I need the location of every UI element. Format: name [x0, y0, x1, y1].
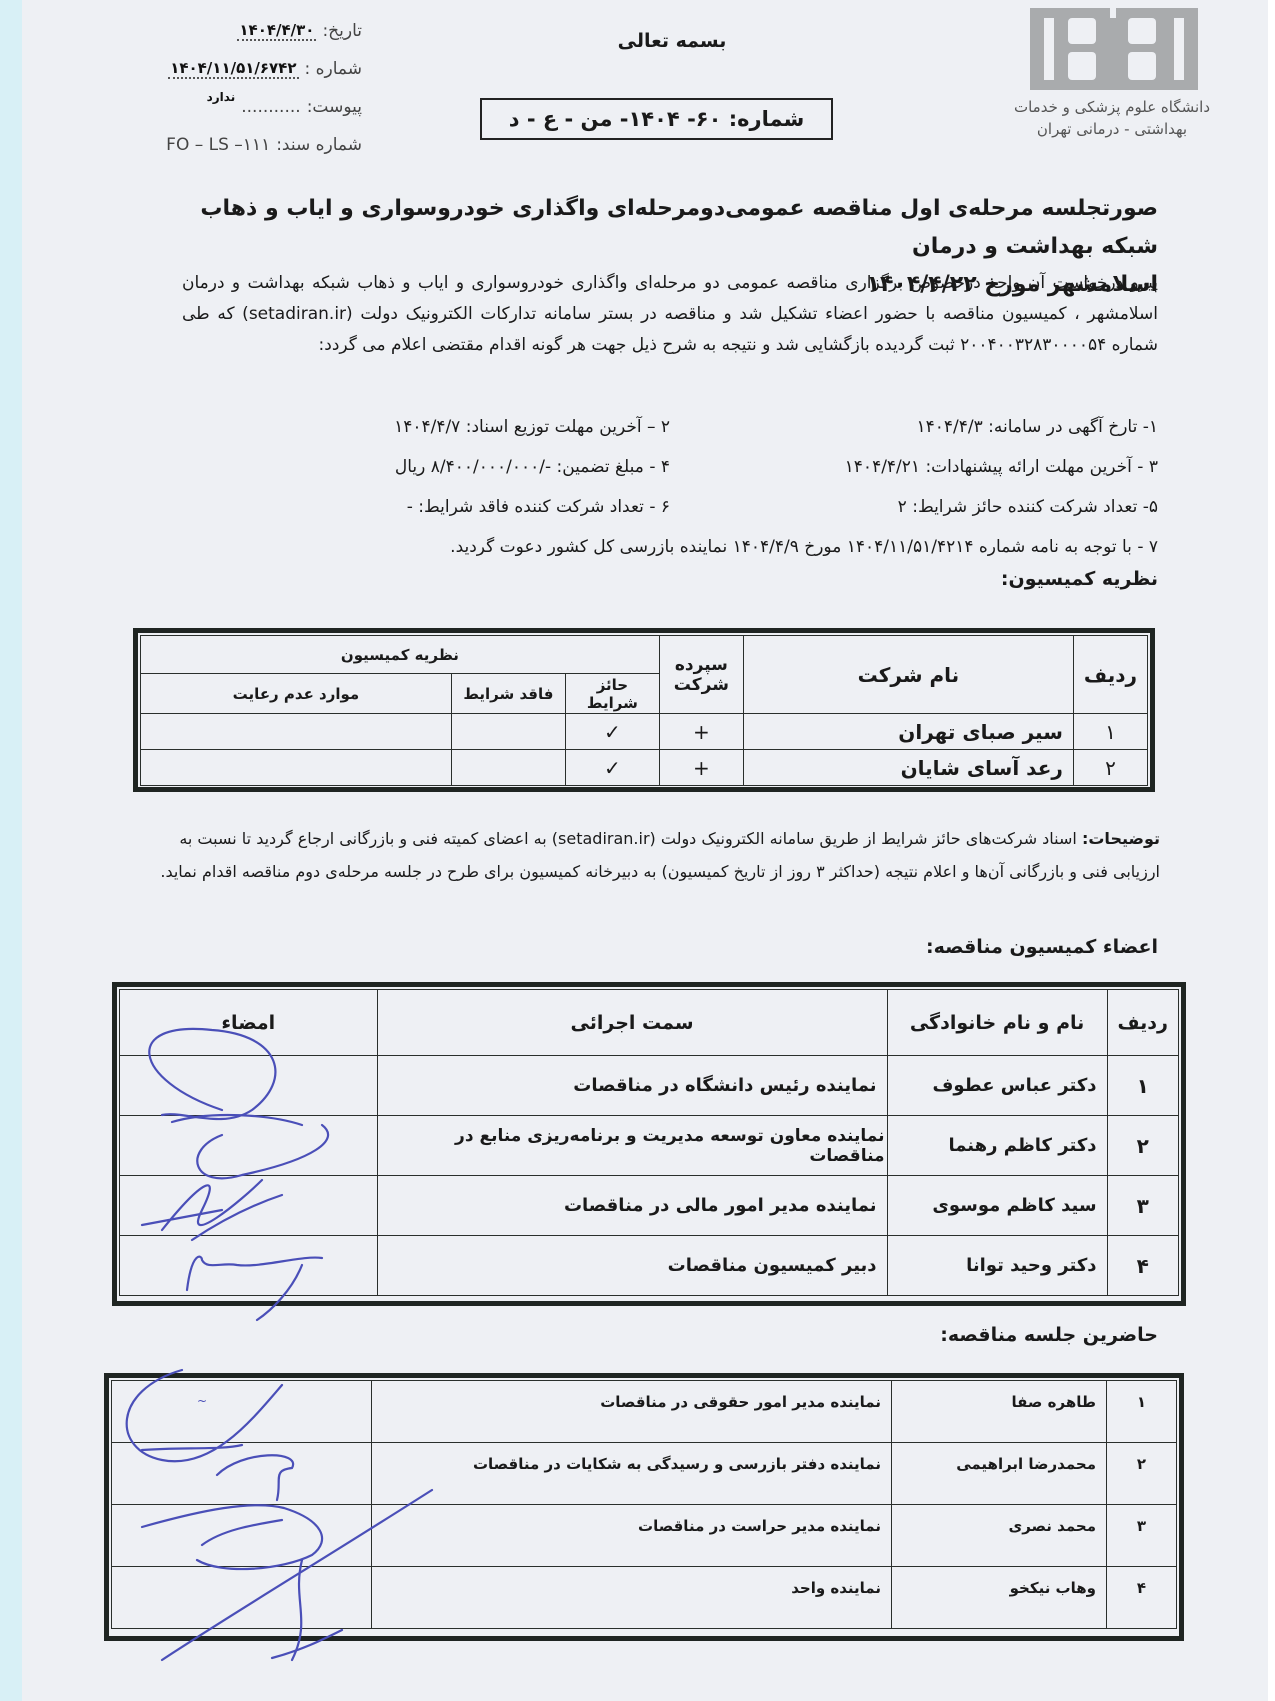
- attendee-name: وهاب نیکخو: [892, 1567, 1107, 1629]
- attendee-position: نماینده مدیر امور حقوقی در مناقصات: [372, 1381, 892, 1443]
- attachment-dots: ...........: [241, 97, 300, 117]
- members-table: ردیف نام و نام خانوادگی سمت اجرائی امضاء…: [112, 982, 1186, 1306]
- row-index: ۱: [1073, 714, 1147, 750]
- attendees-heading: حاضرین جلسه مناقصه:: [902, 1324, 1158, 1346]
- scan-edge: [0, 0, 22, 1701]
- attendee-name: محمدرضا ابراهیمی: [892, 1443, 1107, 1505]
- deposit-mark: +: [659, 750, 743, 786]
- letter-meta: تاریخ: ۱۴۰۴/۴/۳۰ شماره : ۱۴۰۴/۱۱/۵۱/۶۷۴۲…: [122, 12, 362, 164]
- member-position: نماینده مدیر امور مالی در مناقصات: [377, 1176, 887, 1236]
- row-index: ۱: [1107, 1056, 1178, 1116]
- col-name: نام و نام خانوادگی: [887, 990, 1107, 1056]
- fact-6: ۶ - تعداد شرکت کننده فاقد شرایط: -: [182, 490, 670, 524]
- bismillah-heading: بسمه تعالی: [562, 30, 782, 52]
- col-unqualified: فاقد شرایط: [451, 674, 565, 714]
- col-company: نام شرکت: [743, 636, 1073, 714]
- attachment-value: ندارد: [207, 90, 236, 104]
- table-row: ۴ دکتر وحید توانا دبیر کمیسیون مناقصات: [120, 1236, 1179, 1296]
- row-index: ۱: [1107, 1381, 1177, 1443]
- table-row: ۲ دکتر کاظم رهنما نماینده معاون توسعه مد…: [120, 1116, 1179, 1176]
- fact-7: ۷ - با توجه به نامه شماره ۱۴۰۴/۱۱/۵۱/۴۲۱…: [182, 530, 1158, 564]
- row-index: ۲: [1107, 1443, 1177, 1505]
- table-row: ۳ سید کاظم موسوی نماینده مدیر امور مالی …: [120, 1176, 1179, 1236]
- attendee-position: نماینده مدیر حراست در مناقصات: [372, 1505, 892, 1567]
- number-label: شماره :: [305, 59, 363, 79]
- member-position: نماینده معاون توسعه مدیریت و برنامه‌ریزی…: [377, 1116, 887, 1176]
- meta-doc-number: شماره سند: FO – LS –۱۱۱: [122, 126, 362, 164]
- member-name: سید کاظم موسوی: [887, 1176, 1107, 1236]
- col-row: ردیف: [1107, 990, 1178, 1056]
- attachment-label: پیوست:: [307, 97, 362, 117]
- checkmark-icon: ✓: [565, 750, 659, 786]
- university-name-line1: دانشگاه علوم پزشکی و خدمات: [982, 96, 1242, 118]
- company-name: سیر صبای تهران: [743, 714, 1073, 750]
- reference-number-box: شماره: ۶۰- ۱۴۰۴- من - ع - د: [480, 98, 833, 140]
- attendee-name: محمد نصری: [892, 1505, 1107, 1567]
- unqualified-cell: [451, 750, 565, 786]
- members-heading: اعضاء کمیسیون مناقصه:: [902, 936, 1158, 958]
- date-value: ۱۴۰۴/۴/۳۰: [237, 21, 316, 41]
- row-index: ۲: [1107, 1116, 1178, 1176]
- meta-number: شماره : ۱۴۰۴/۱۱/۵۱/۶۷۴۲: [122, 50, 362, 88]
- fact-3: ۳ - آخرین مهلت ارائه پیشنهادات: ۱۴۰۴/۴/۲…: [670, 450, 1158, 484]
- signature-cell: [120, 1116, 378, 1176]
- col-position: سمت اجرائی: [377, 990, 887, 1056]
- fact-1: ۱- تارخ آگهی در سامانه: ۱۴۰۴/۴/۳: [670, 410, 1158, 444]
- notes-paragraph: توضیحات: اسناد شرکت‌های حائز شرایط از طر…: [130, 822, 1160, 888]
- notes-label: توضیحات:: [1082, 829, 1160, 848]
- university-logo-icon: [1030, 8, 1198, 90]
- row-index: ۴: [1107, 1236, 1178, 1296]
- university-name-line2: بهداشتی - درمانی تهران: [982, 118, 1242, 140]
- signature-cell: [120, 1056, 378, 1116]
- member-position: دبیر کمیسیون مناقصات: [377, 1236, 887, 1296]
- non-compliance-cell: [141, 714, 452, 750]
- tender-facts: ۱- تارخ آگهی در سامانه: ۱۴۰۴/۴/۳ ۲ – آخر…: [182, 410, 1158, 564]
- member-name: دکتر عباس عطوف: [887, 1056, 1107, 1116]
- title-line1: صورتجلسه مرحله‌ی اول مناقصه عمومی‌دومرحل…: [182, 190, 1158, 266]
- deposit-mark: +: [659, 714, 743, 750]
- signature-cell: [112, 1567, 372, 1629]
- signature-cell: [120, 1176, 378, 1236]
- document-page: دانشگاه علوم پزشکی و خدمات بهداشتی - درم…: [22, 0, 1268, 1701]
- meta-attachment: پیوست: ........... ندارد: [122, 88, 362, 126]
- col-deposit: سپرده شرکت: [659, 636, 743, 714]
- table-row: ۲ محمدرضا ابراهیمی نماینده دفتر بازرسی و…: [112, 1443, 1177, 1505]
- attendee-name: طاهره صفا: [892, 1381, 1107, 1443]
- row-index: ۴: [1107, 1567, 1177, 1629]
- table-row: ۳ محمد نصری نماینده مدیر حراست در مناقصا…: [112, 1505, 1177, 1567]
- company-name: رعد آسای شایان: [743, 750, 1073, 786]
- non-compliance-cell: [141, 750, 452, 786]
- member-name: دکتر کاظم رهنما: [887, 1116, 1107, 1176]
- attendees-table: ۱ طاهره صفا نماینده مدیر امور حقوقی در م…: [104, 1373, 1184, 1641]
- col-row: ردیف: [1073, 636, 1147, 714]
- signature-cell: [120, 1236, 378, 1296]
- intro-paragraph: پیرو درخواست آن واحد درخصوص برگزاری مناق…: [182, 268, 1158, 361]
- doc-number-label: شماره سند:: [276, 135, 362, 155]
- fact-5: ۵- تعداد شرکت کننده حائز شرایط: ۲: [670, 490, 1158, 524]
- checkmark-icon: ✓: [565, 714, 659, 750]
- signature-cell: [112, 1505, 372, 1567]
- table-row: ۴ وهاب نیکخو نماینده واحد: [112, 1567, 1177, 1629]
- date-label: تاریخ:: [322, 21, 362, 41]
- col-qualified: حائز شرایط: [565, 674, 659, 714]
- member-name: دکتر وحید توانا: [887, 1236, 1107, 1296]
- fact-4: ۴ - مبلغ تضمین: -/۸/۴۰۰/۰۰۰/۰۰۰ ریال: [182, 450, 670, 484]
- table-row: ۱ طاهره صفا نماینده مدیر امور حقوقی در م…: [112, 1381, 1177, 1443]
- row-index: ۳: [1107, 1176, 1178, 1236]
- number-value: ۱۴۰۴/۱۱/۵۱/۶۷۴۲: [168, 59, 298, 79]
- evaluation-table: ردیف نام شرکت سپرده شرکت نظریه کمیسیون ح…: [133, 628, 1155, 792]
- attendee-position: نماینده دفتر بازرسی و رسیدگی به شکایات د…: [372, 1443, 892, 1505]
- unqualified-cell: [451, 714, 565, 750]
- meta-date: تاریخ: ۱۴۰۴/۴/۳۰: [122, 12, 362, 50]
- signature-cell: [112, 1443, 372, 1505]
- col-signature: امضاء: [120, 990, 378, 1056]
- notes-text: اسناد شرکت‌های حائز شرایط از طریق سامانه…: [160, 829, 1160, 881]
- row-index: ۳: [1107, 1505, 1177, 1567]
- table-row: ۱ سیر صبای تهران + ✓: [141, 714, 1148, 750]
- fact-2: ۲ – آخرین مهلت توزیع اسناد: ۱۴۰۴/۴/۷: [182, 410, 670, 444]
- col-commission-opinion: نظریه کمیسیون: [141, 636, 660, 674]
- table-row: ۱ دکتر عباس عطوف نماینده رئیس دانشگاه در…: [120, 1056, 1179, 1116]
- row-index: ۲: [1073, 750, 1147, 786]
- signature-cell: [112, 1381, 372, 1443]
- col-non-compliance: موارد عدم رعایت: [141, 674, 452, 714]
- attendee-position: نماینده واحد: [372, 1567, 892, 1629]
- university-name: دانشگاه علوم پزشکی و خدمات بهداشتی - درم…: [982, 96, 1242, 140]
- table-row: ۲ رعد آسای شایان + ✓: [141, 750, 1148, 786]
- doc-number-value: FO – LS –۱۱۱: [166, 135, 270, 155]
- member-position: نماینده رئیس دانشگاه در مناقصات: [377, 1056, 887, 1116]
- evaluation-heading: نظریه کمیسیون:: [902, 568, 1158, 590]
